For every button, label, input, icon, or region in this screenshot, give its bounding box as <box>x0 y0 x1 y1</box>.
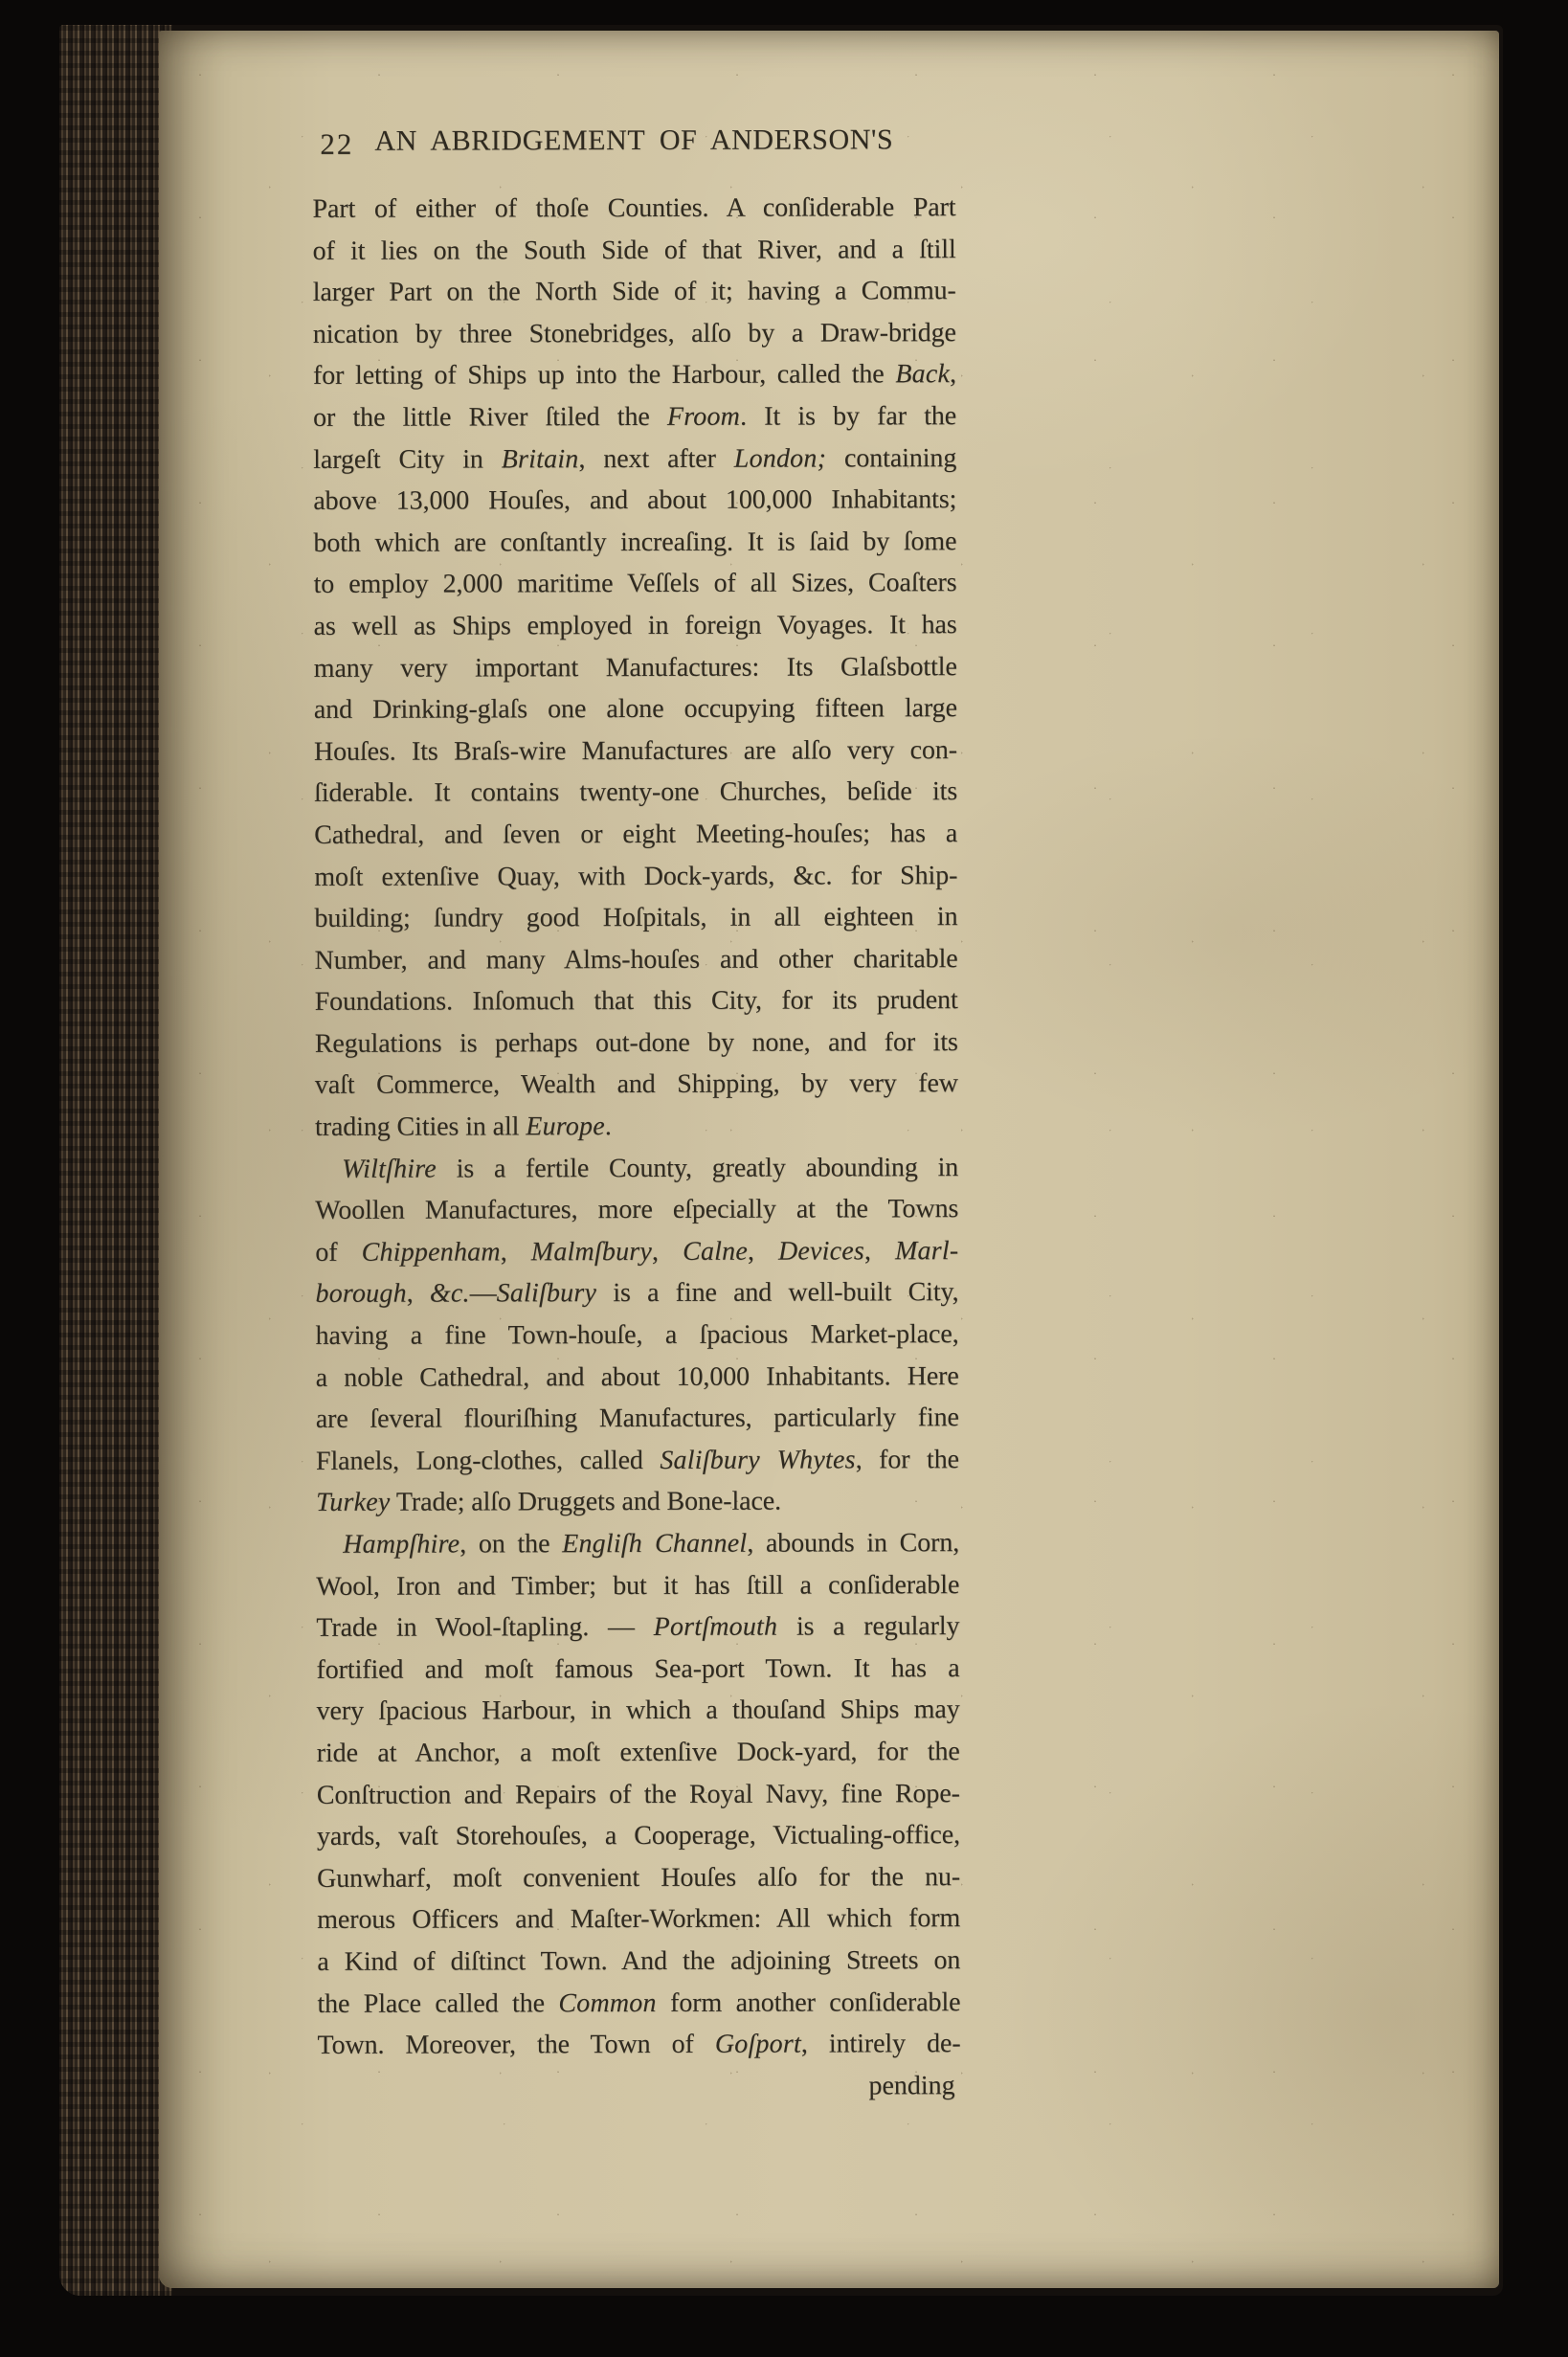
text-line: Houſes. Its Braſs-wire Manufactures are … <box>314 730 957 773</box>
text-line: ſiderable. It contains twenty-one Church… <box>314 771 957 814</box>
body-text: Part of either of thoſe Counties. A conſ… <box>312 187 960 2066</box>
text-line: Wool, Iron and Timber; but it has ſtill … <box>316 1564 959 1607</box>
text-line: moſt extenſive Quay, with Dock-yards, &c… <box>314 855 957 898</box>
text-line: Trade in Wool-ſtapling. — Portſmouth is … <box>316 1605 959 1649</box>
text-line: both which are conſtantly increaſing. It… <box>313 521 956 564</box>
text-line: the Place called the Common form another… <box>317 1982 960 2025</box>
text-line: as well as Ships employed in foreign Voy… <box>314 604 957 647</box>
text-line: of Chippenham, Malmſbury, Calne, Devices… <box>315 1230 958 1273</box>
text-line: for letting of Ships up into the Harbour… <box>313 353 956 396</box>
text-line: Conſtruction and Repairs of the Royal Na… <box>317 1773 960 1816</box>
text-line: a noble Cathedral, and about 10,000 Inha… <box>316 1356 959 1399</box>
text-line: having a fine Town-houſe, a ſpacious Mar… <box>316 1313 959 1357</box>
text-line: Turkey Trade; alſo Druggets and Bone-lac… <box>316 1481 959 1524</box>
text-line: Wiltſhire is a fertile County, greatly a… <box>315 1147 958 1190</box>
text-line: nication by three Stonebridges, alſo by … <box>313 312 956 355</box>
text-line: of it lies on the South Side of that Riv… <box>313 229 956 272</box>
book-page-photo: 22 AN ABRIDGEMENT OF ANDERSON'S Part of … <box>59 25 1503 2296</box>
catchword-row: pending <box>318 2065 961 2108</box>
text-line: Woollen Manufactures, more eſpecially at… <box>315 1188 958 1231</box>
scan-background: 22 AN ABRIDGEMENT OF ANDERSON'S Part of … <box>0 0 1568 2357</box>
text-line: Hampſhire, on the Engliſh Channel, aboun… <box>316 1522 959 1565</box>
text-line: Regulations is perhaps out-done by none,… <box>315 1021 958 1065</box>
text-line: a Kind of diſtinct Town. And the adjoini… <box>317 1940 960 1983</box>
text-line: Town. Moreover, the Town of Goſport, int… <box>317 2023 960 2066</box>
text-line: to employ 2,000 maritime Veſſels of all … <box>313 562 956 605</box>
book-gutter-page-edges <box>59 25 172 2296</box>
running-head: 22 AN ABRIDGEMENT OF ANDERSON'S <box>312 123 955 162</box>
page-content: 22 AN ABRIDGEMENT OF ANDERSON'S Part of … <box>312 123 960 2108</box>
text-line: above 13,000 Houſes, and about 100,000 I… <box>313 479 956 522</box>
text-line: are ſeveral flouriſhing Manufactures, pa… <box>316 1397 959 1440</box>
running-title: AN ABRIDGEMENT OF ANDERSON'S <box>312 123 955 158</box>
text-line: Foundations. Inſomuch that this City, fo… <box>315 979 958 1022</box>
text-line: and Drinking-glaſs one alone occupying f… <box>314 687 957 730</box>
text-line: Flanels, Long-clothes, called Saliſbury … <box>316 1439 959 1482</box>
text-line: borough, &c.—Saliſbury is a fine and wel… <box>315 1272 958 1315</box>
text-line: trading Cities in all Europe. <box>315 1105 958 1148</box>
text-line: yards, vaſt Storehouſes, a Cooperage, Vi… <box>317 1814 960 1857</box>
text-line: largeſt City in Britain, next after Lond… <box>313 438 956 481</box>
text-line: Gunwharf, moſt convenient Houſes alſo fo… <box>317 1856 960 1899</box>
page-number: 22 <box>320 127 353 162</box>
text-line: vaſt Commerce, Wealth and Shipping, by v… <box>315 1064 958 1107</box>
text-line: larger Part on the North Side of it; hav… <box>313 270 956 313</box>
text-line: fortified and moſt famous Sea-port Town.… <box>316 1648 959 1691</box>
text-line: many very important Manufactures: Its Gl… <box>314 646 957 689</box>
text-line: building; ſundry good Hoſpitals, in all … <box>314 896 957 939</box>
text-line: Part of either of thoſe Counties. A conſ… <box>312 187 955 230</box>
text-line: Number, and many Alms-houſes and other c… <box>315 938 958 981</box>
text-line: or the little River ſtiled the Froom. It… <box>313 395 956 438</box>
catchword: pending <box>868 2071 954 2100</box>
page: 22 AN ABRIDGEMENT OF ANDERSON'S Part of … <box>159 31 1499 2288</box>
text-line: very ſpacious Harbour, in which a thouſa… <box>317 1689 960 1732</box>
text-line: ride at Anchor, a moſt extenſive Dock-ya… <box>317 1731 960 1774</box>
text-line: merous Officers and Maſter-Workmen: All … <box>317 1897 960 1941</box>
text-line: Cathedral, and ſeven or eight Meeting-ho… <box>314 813 957 856</box>
